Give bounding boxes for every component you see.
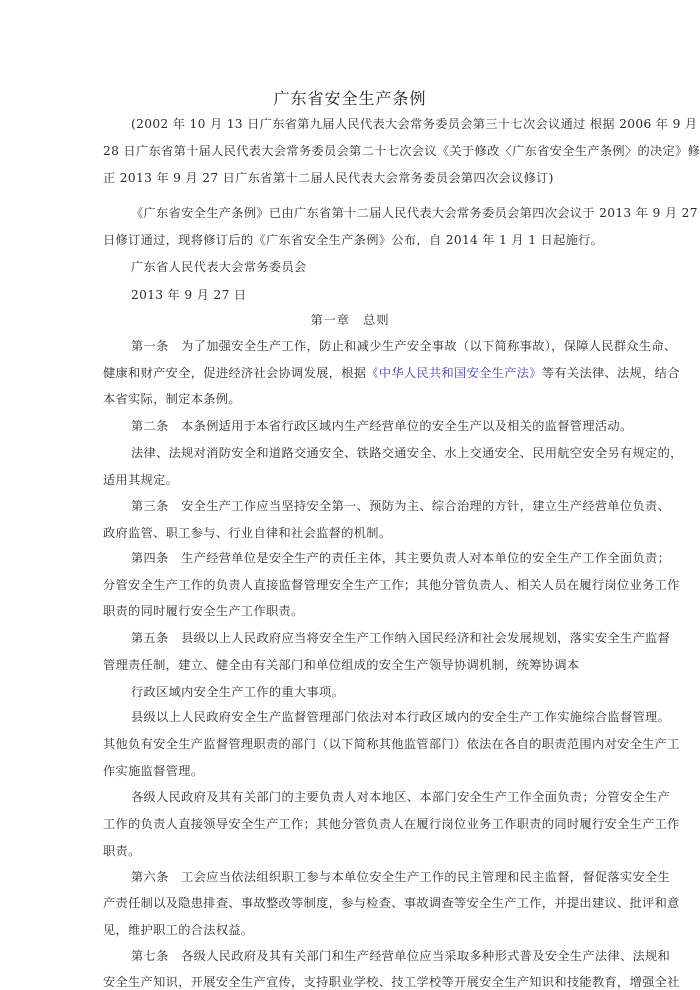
article-5-line: 作实施监督管理。	[103, 763, 597, 779]
article-6-line: 见，维护职工的合法权益。	[103, 922, 597, 938]
notice-line: 《广东省安全生产条例》已由广东省第十二届人民代表大会常务委员会第四次会议于 20…	[131, 205, 597, 221]
article-4-line: 职责的同时履行安全生产工作职责。	[103, 603, 597, 619]
document-page: 广东省安全生产条例 (2002 年 10 月 13 日广东省第九届人民代表大会常…	[0, 0, 700, 990]
article-4-line: 分管安全生产工作的负责人直接监督管理安全生产工作；其他分管负责人、相关人员在履行…	[103, 577, 597, 593]
preamble-line: 正 2013 年 9 月 27 日广东省第十二届人民代表大会常务委员会第四次会议…	[103, 170, 597, 186]
article-1-text: 健康和财产安全，促进经济社会协调发展，根据	[103, 366, 366, 380]
article-1-line: 第一条 为了加强安全生产工作，防止和减少生产安全事故（以下简称事故），保障人民群…	[131, 338, 597, 354]
article-6-line: 产责任制以及隐患排查、事故整改等制度，参与检查、事故调查等安全生产工作，并提出建…	[103, 895, 597, 911]
article-1-line: 本省实际，制定本条例。	[103, 391, 597, 407]
article-6-line: 第六条 工会应当依法组织职工参与本单位安全生产工作的民主管理和民主监督，督促落实…	[131, 869, 597, 885]
document-title: 广东省安全生产条例	[0, 91, 700, 107]
article-5-line: 行政区域内安全生产工作的重大事项。	[131, 684, 597, 700]
article-5-line: 工作的负责人直接领导安全生产工作；其他分管负责人在履行岗位业务工作职责的同时履行…	[103, 816, 597, 832]
article-5-line: 第五条 县级以上人民政府应当将安全生产工作纳入国民经济和社会发展规划，落实安全生…	[131, 630, 597, 646]
article-2-line: 法律、法规对消防安全和道路交通安全、铁路交通安全、水上交通安全、民用航空安全另有…	[131, 445, 597, 461]
article-5-line: 其他负有安全生产监督管理职责的部门（以下简称其他监管部门）依法在各自的职责范围内…	[103, 736, 597, 752]
article-2-line: 适用其规定。	[103, 472, 597, 488]
preamble-line: (2002 年 10 月 13 日广东省第九届人民代表大会常务委员会第三十七次会…	[131, 116, 597, 132]
article-7-line: 第七条 各级人民政府及其有关部门和生产经营单位应当采取多种形式普及安全生产法律、…	[131, 948, 597, 964]
article-5-line: 职责。	[103, 843, 597, 859]
article-7-line: 安全生产知识，开展安全生产宣传，支持职业学校、技工学校等开展安全生产知识和技能教…	[103, 974, 597, 990]
article-5-line: 县级以上人民政府安全生产监督管理部门依法对本行政区域内的安全生产工作实施综合监督…	[131, 709, 597, 725]
article-1-line: 健康和财产安全，促进经济社会协调发展，根据《中华人民共和国安全生产法》等有关法律…	[103, 365, 597, 381]
article-5-line: 管理责任制，建立、健全由有关部门和单位组成的安全生产领导协调机制，统筹协调本	[103, 657, 597, 673]
issue-date: 2013 年 9 月 27 日	[131, 287, 597, 303]
article-1-text: 等有关法律、法规，结合	[542, 366, 680, 380]
article-2-line: 第二条 本条例适用于本省行政区域内生产经营单位的安全生产以及相关的监督管理活动。	[131, 418, 597, 434]
issuer: 广东省人民代表大会常务委员会	[131, 259, 597, 275]
law-link[interactable]: 《中华人民共和国安全生产法》	[366, 366, 542, 380]
preamble-line: 28 日广东省第十届人民代表大会常务委员会第二十七次会议《关于修改〈广东省安全生…	[103, 143, 597, 159]
chapter-title: 第一章 总则	[0, 312, 700, 328]
article-5-line: 各级人民政府及其有关部门的主要负责人对本地区、本部门安全生产工作全面负责；分管安…	[131, 789, 597, 805]
article-3-line: 第三条 安全生产工作应当坚持安全第一、预防为主、综合治理的方针，建立生产经营单位…	[131, 498, 597, 514]
notice-line: 日修订通过，现将修订后的《广东省安全生产条例》公布，自 2014 年 1 月 1…	[103, 232, 597, 248]
article-4-line: 第四条 生产经营单位是安全生产的责任主体，其主要负责人对本单位的安全生产工作全面…	[131, 550, 597, 566]
article-3-line: 政府监管、职工参与、行业自律和社会监督的机制。	[103, 525, 597, 541]
